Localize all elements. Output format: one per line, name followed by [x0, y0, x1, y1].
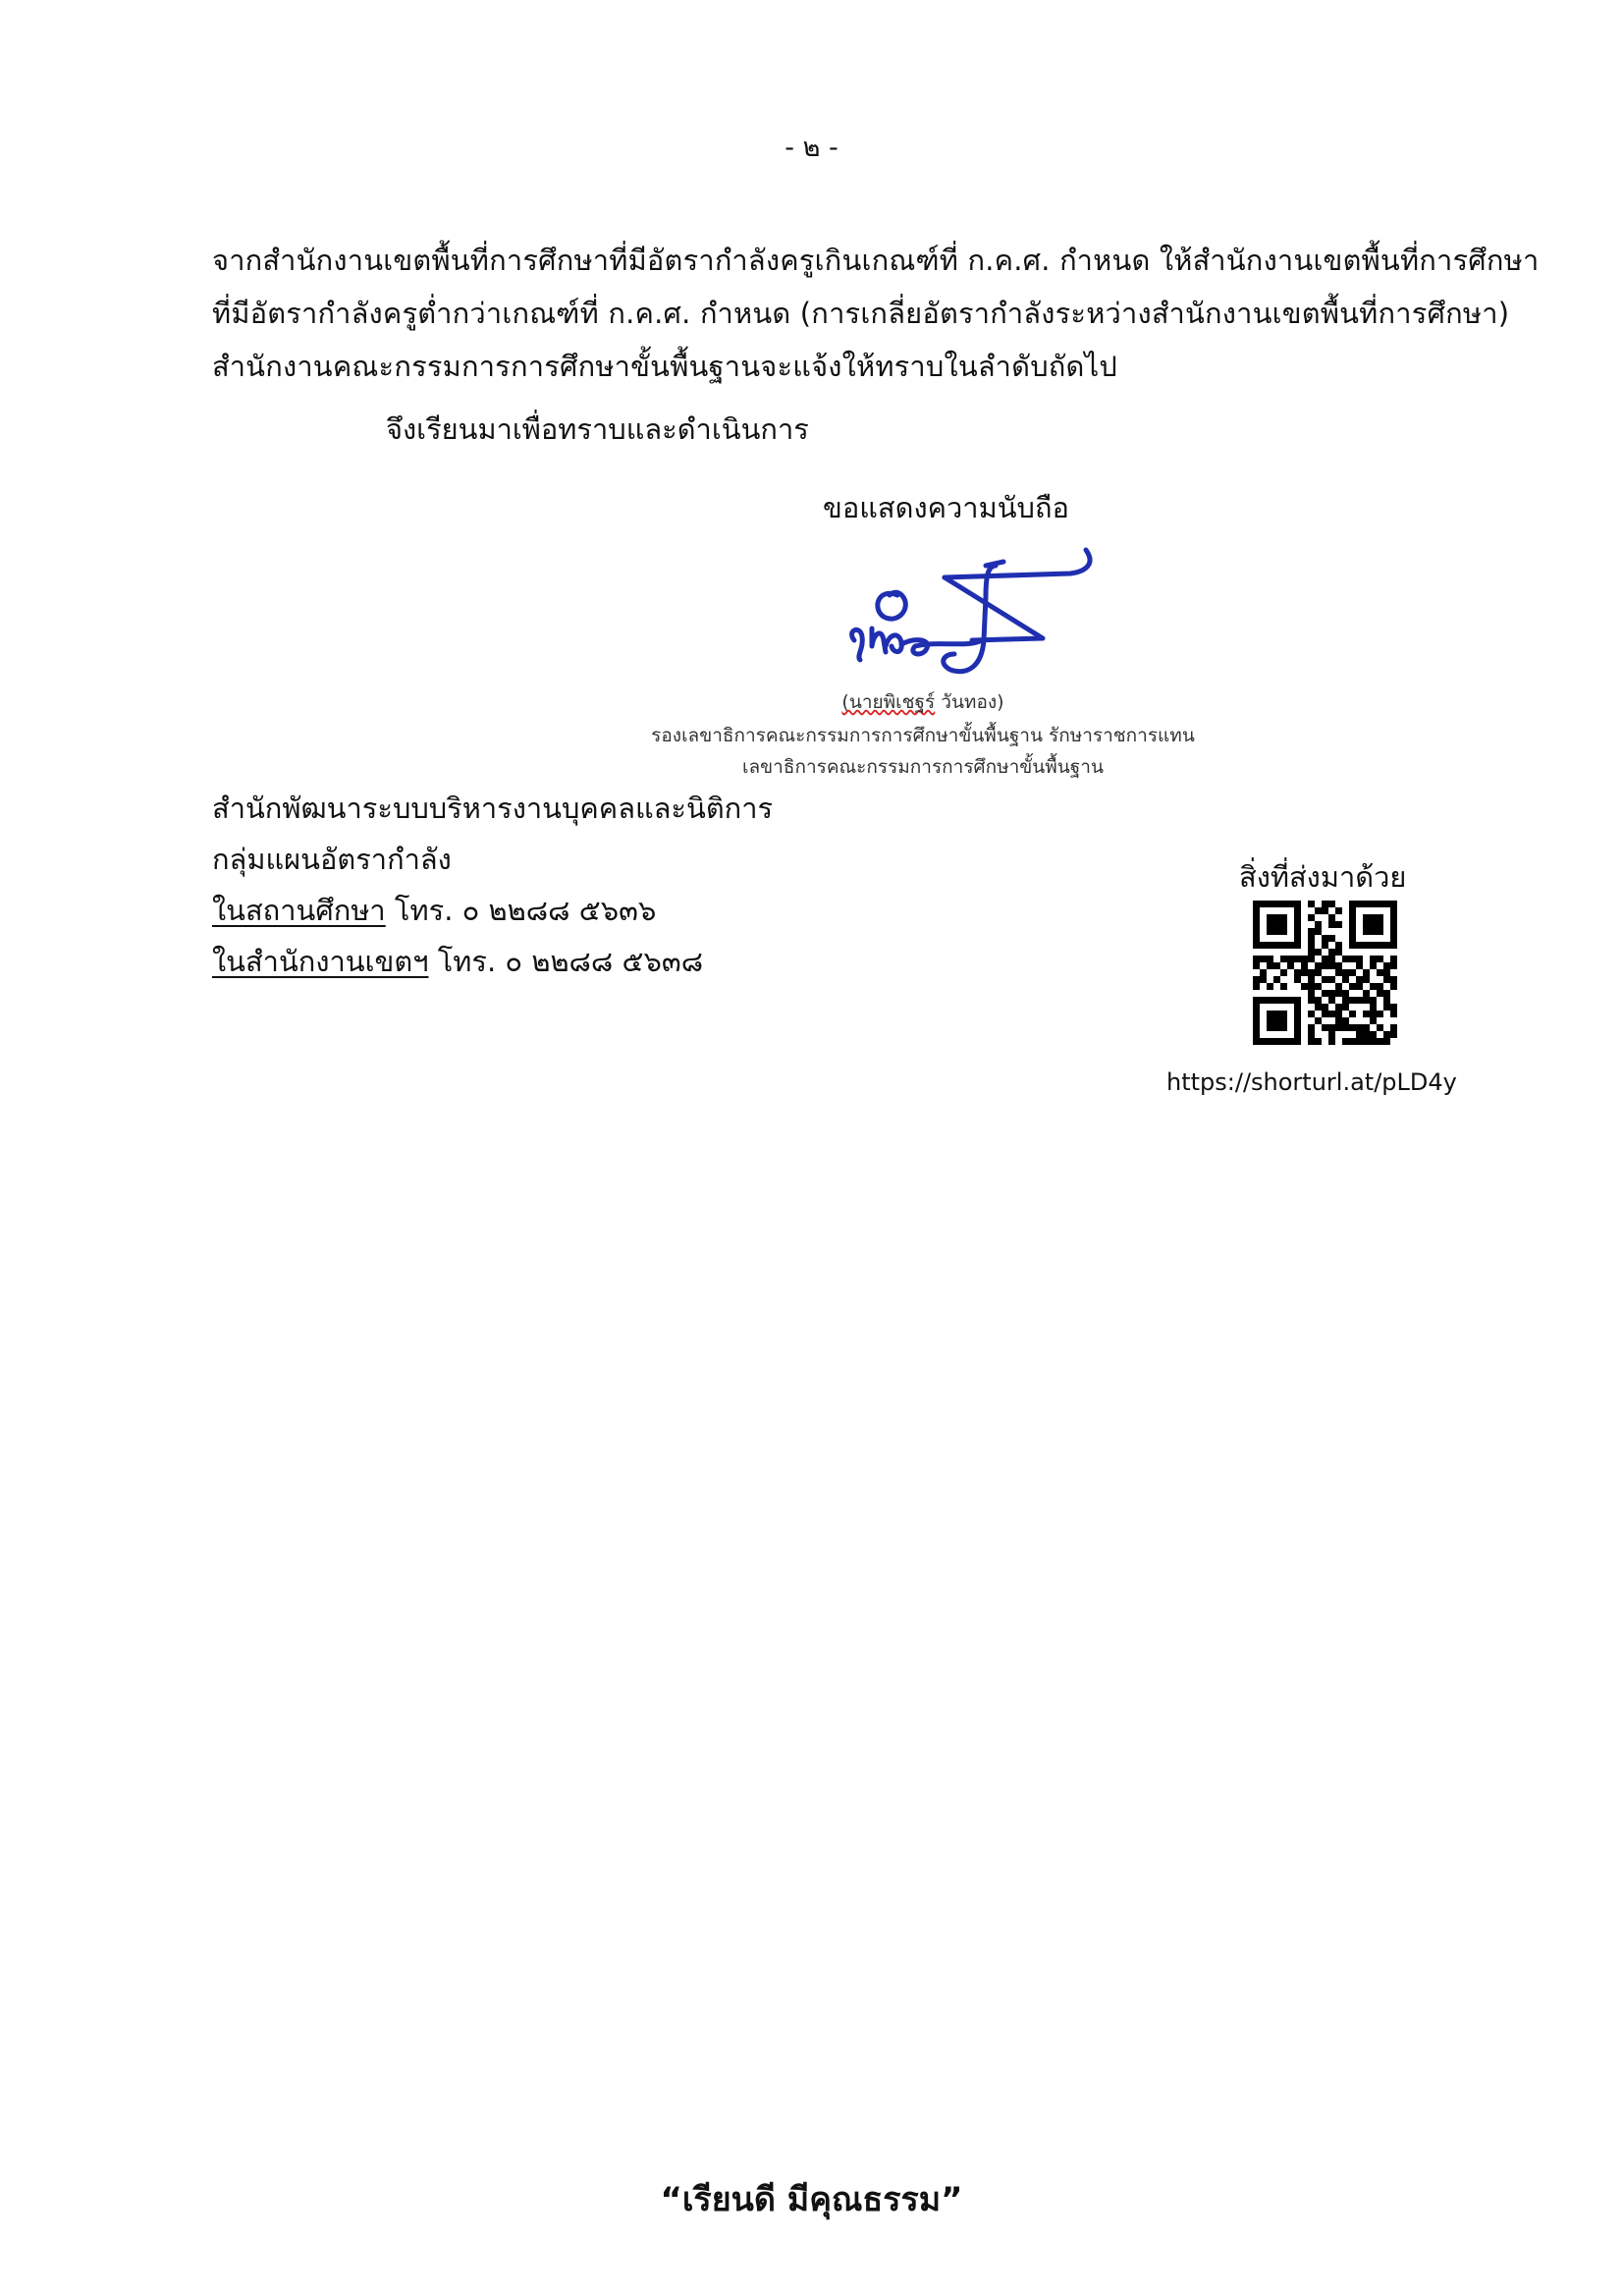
- qr-module: [1322, 921, 1328, 928]
- qr-module: [1342, 990, 1349, 997]
- qr-module: [1253, 901, 1260, 907]
- qr-module: [1301, 956, 1308, 962]
- qr-module: [1308, 962, 1315, 969]
- qr-module: [1383, 983, 1390, 990]
- qr-module: [1322, 990, 1328, 997]
- qr-module: [1294, 942, 1301, 949]
- qr-module: [1342, 935, 1349, 942]
- qr-module: [1253, 956, 1260, 962]
- qr-module: [1308, 956, 1315, 962]
- qr-code[interactable]: [1253, 901, 1397, 1045]
- qr-module: [1328, 942, 1335, 949]
- qr-module: [1308, 942, 1315, 949]
- qr-module: [1308, 983, 1315, 990]
- qr-module: [1377, 928, 1383, 935]
- qr-module: [1363, 976, 1370, 983]
- qr-module: [1273, 990, 1280, 997]
- qr-module: [1356, 901, 1363, 907]
- qr-module: [1301, 928, 1308, 935]
- qr-module: [1267, 983, 1273, 990]
- qr-module: [1383, 956, 1390, 962]
- qr-module: [1287, 1031, 1294, 1038]
- qr-module: [1377, 942, 1383, 949]
- qr-module: [1363, 907, 1370, 914]
- qr-module: [1322, 969, 1328, 976]
- qr-module: [1356, 1038, 1363, 1045]
- qr-module: [1253, 962, 1260, 969]
- qr-module: [1260, 901, 1267, 907]
- qr-module: [1260, 1011, 1267, 1017]
- qr-module: [1370, 1031, 1377, 1038]
- qr-module: [1390, 1038, 1397, 1045]
- qr-module: [1342, 901, 1349, 907]
- qr-module: [1267, 935, 1273, 942]
- qr-module: [1356, 1017, 1363, 1024]
- qr-module: [1377, 956, 1383, 962]
- signature-image: [821, 538, 1106, 681]
- qr-module: [1390, 935, 1397, 942]
- qr-module: [1383, 997, 1390, 1004]
- qr-module: [1287, 921, 1294, 928]
- qr-module: [1294, 914, 1301, 921]
- qr-module: [1349, 1017, 1356, 1024]
- qr-module: [1267, 1024, 1273, 1031]
- qr-module: [1267, 928, 1273, 935]
- qr-module: [1315, 983, 1322, 990]
- qr-module: [1363, 921, 1370, 928]
- qr-module: [1349, 907, 1356, 914]
- qr-module: [1349, 997, 1356, 1004]
- qr-module: [1273, 976, 1280, 983]
- qr-module: [1280, 921, 1287, 928]
- qr-module: [1287, 956, 1294, 962]
- qr-module: [1342, 1011, 1349, 1017]
- qr-module: [1356, 942, 1363, 949]
- qr-module: [1328, 976, 1335, 983]
- qr-module: [1335, 976, 1342, 983]
- qr-module: [1322, 914, 1328, 921]
- qr-module: [1356, 914, 1363, 921]
- qr-module: [1273, 921, 1280, 928]
- qr-module: [1363, 1004, 1370, 1011]
- qr-module: [1301, 907, 1308, 914]
- qr-module: [1308, 1024, 1315, 1031]
- qr-module: [1377, 935, 1383, 942]
- qr-module: [1280, 1038, 1287, 1045]
- qr-module: [1260, 976, 1267, 983]
- qr-module: [1335, 969, 1342, 976]
- qr-module: [1301, 997, 1308, 1004]
- qr-module: [1267, 949, 1273, 956]
- qr-module: [1383, 976, 1390, 983]
- qr-module: [1342, 921, 1349, 928]
- qr-module: [1356, 983, 1363, 990]
- signatory-name: (นายพิเชฐร์ วันทอง): [628, 687, 1217, 717]
- qr-module: [1260, 921, 1267, 928]
- contact-office: สำนักพัฒนาระบบบริหารงานบุคคลและนิติการ: [212, 786, 773, 831]
- qr-module: [1260, 1017, 1267, 1024]
- qr-module: [1383, 1017, 1390, 1024]
- qr-module: [1260, 914, 1267, 921]
- qr-module: [1260, 1004, 1267, 1011]
- qr-module: [1308, 921, 1315, 928]
- qr-module: [1315, 921, 1322, 928]
- qr-module: [1301, 1031, 1308, 1038]
- qr-module: [1294, 990, 1301, 997]
- qr-module: [1377, 1004, 1383, 1011]
- qr-module: [1370, 969, 1377, 976]
- qr-module: [1280, 907, 1287, 914]
- qr-module: [1335, 997, 1342, 1004]
- contact-phone-area-office: ในสำนักงานเขตฯ โทร. ๐ ๒๒๘๘ ๕๖๓๘: [212, 939, 703, 984]
- qr-module: [1349, 942, 1356, 949]
- qr-module: [1315, 962, 1322, 969]
- qr-module: [1287, 935, 1294, 942]
- qr-module: [1370, 928, 1377, 935]
- qr-module: [1390, 901, 1397, 907]
- qr-module: [1322, 997, 1328, 1004]
- qr-module: [1301, 990, 1308, 997]
- page-number: - ๒ -: [0, 126, 1623, 168]
- qr-module: [1377, 969, 1383, 976]
- qr-module: [1349, 1024, 1356, 1031]
- qr-module: [1322, 1024, 1328, 1031]
- qr-module: [1363, 914, 1370, 921]
- qr-module: [1363, 983, 1370, 990]
- qr-module: [1342, 997, 1349, 1004]
- qr-module: [1328, 907, 1335, 914]
- qr-module: [1294, 1031, 1301, 1038]
- qr-module: [1390, 962, 1397, 969]
- qr-module: [1342, 1004, 1349, 1011]
- qr-module: [1363, 997, 1370, 1004]
- qr-module: [1328, 914, 1335, 921]
- qr-module: [1328, 969, 1335, 976]
- qr-module: [1328, 1004, 1335, 1011]
- qr-module: [1370, 962, 1377, 969]
- qr-module: [1280, 901, 1287, 907]
- qr-module: [1273, 907, 1280, 914]
- qr-module: [1383, 914, 1390, 921]
- qr-module: [1356, 907, 1363, 914]
- qr-module: [1322, 907, 1328, 914]
- qr-module: [1370, 914, 1377, 921]
- qr-module: [1328, 1011, 1335, 1017]
- qr-module: [1287, 1017, 1294, 1024]
- qr-module: [1335, 914, 1342, 921]
- qr-module: [1287, 1011, 1294, 1017]
- qr-module: [1383, 962, 1390, 969]
- qr-module: [1301, 1024, 1308, 1031]
- qr-module: [1370, 1004, 1377, 1011]
- closing-line: จึงเรียนมาเพื่อทราบและดำเนินการ: [386, 407, 809, 452]
- qr-module: [1301, 1011, 1308, 1017]
- qr-module: [1363, 1011, 1370, 1017]
- qr-module: [1315, 935, 1322, 942]
- qr-module: [1349, 1038, 1356, 1045]
- qr-module: [1349, 1004, 1356, 1011]
- qr-module: [1383, 1011, 1390, 1017]
- qr-module: [1308, 907, 1315, 914]
- qr-module: [1356, 921, 1363, 928]
- qr-module: [1349, 1011, 1356, 1017]
- qr-module: [1273, 914, 1280, 921]
- qr-module: [1315, 1031, 1322, 1038]
- qr-module: [1335, 1017, 1342, 1024]
- qr-module: [1301, 1017, 1308, 1024]
- qr-module: [1356, 928, 1363, 935]
- qr-module: [1390, 990, 1397, 997]
- qr-module: [1356, 1024, 1363, 1031]
- qr-module: [1273, 956, 1280, 962]
- qr-module: [1273, 928, 1280, 935]
- qr-module: [1315, 907, 1322, 914]
- qr-module: [1356, 935, 1363, 942]
- qr-module: [1253, 914, 1260, 921]
- qr-module: [1267, 1011, 1273, 1017]
- qr-module: [1294, 1017, 1301, 1024]
- qr-module: [1328, 962, 1335, 969]
- qr-module: [1280, 914, 1287, 921]
- qr-module: [1322, 1017, 1328, 1024]
- qr-module: [1267, 969, 1273, 976]
- qr-module: [1260, 1024, 1267, 1031]
- qr-module: [1377, 901, 1383, 907]
- qr-module: [1322, 983, 1328, 990]
- qr-module: [1287, 1024, 1294, 1031]
- qr-module: [1370, 907, 1377, 914]
- qr-module: [1390, 1031, 1397, 1038]
- qr-module: [1322, 1038, 1328, 1045]
- qr-module: [1315, 976, 1322, 983]
- qr-module: [1280, 1011, 1287, 1017]
- qr-module: [1363, 928, 1370, 935]
- qr-module: [1328, 997, 1335, 1004]
- footer-motto: “เรียนดี มีคุณธรรม”: [0, 2172, 1623, 2225]
- qr-module: [1253, 1011, 1260, 1017]
- qr-module: [1308, 997, 1315, 1004]
- qr-module: [1253, 1017, 1260, 1024]
- qr-module: [1383, 1031, 1390, 1038]
- qr-module: [1315, 942, 1322, 949]
- qr-module: [1370, 1017, 1377, 1024]
- qr-module: [1253, 921, 1260, 928]
- qr-module: [1260, 962, 1267, 969]
- qr-module: [1308, 969, 1315, 976]
- qr-module: [1383, 1038, 1390, 1045]
- qr-module: [1390, 949, 1397, 956]
- qr-module: [1280, 949, 1287, 956]
- qr-module: [1328, 1024, 1335, 1031]
- qr-module: [1349, 921, 1356, 928]
- qr-module: [1315, 956, 1322, 962]
- qr-module: [1377, 976, 1383, 983]
- qr-module: [1342, 907, 1349, 914]
- qr-module: [1280, 935, 1287, 942]
- qr-module: [1349, 969, 1356, 976]
- qr-module: [1315, 914, 1322, 921]
- qr-module: [1328, 1017, 1335, 1024]
- qr-module: [1260, 969, 1267, 976]
- qr-module: [1377, 907, 1383, 914]
- qr-module: [1335, 1038, 1342, 1045]
- qr-module: [1377, 983, 1383, 990]
- qr-module: [1260, 907, 1267, 914]
- qr-module: [1342, 969, 1349, 976]
- qr-module: [1301, 1038, 1308, 1045]
- contact-phone-school: ในสถานศึกษา โทร. ๐ ๒๒๘๘ ๕๖๓๖: [212, 888, 656, 933]
- qr-module: [1356, 949, 1363, 956]
- qr-module: [1328, 983, 1335, 990]
- qr-module: [1328, 935, 1335, 942]
- qr-module: [1260, 956, 1267, 962]
- qr-module: [1356, 962, 1363, 969]
- qr-module: [1308, 901, 1315, 907]
- qr-module: [1287, 928, 1294, 935]
- qr-module: [1280, 928, 1287, 935]
- qr-module: [1390, 983, 1397, 990]
- qr-module: [1253, 942, 1260, 949]
- qr-module: [1287, 990, 1294, 997]
- qr-module: [1335, 956, 1342, 962]
- qr-module: [1315, 969, 1322, 976]
- qr-module: [1301, 942, 1308, 949]
- qr-module: [1273, 1038, 1280, 1045]
- qr-module: [1301, 1004, 1308, 1011]
- qr-module: [1383, 969, 1390, 976]
- qr-module: [1267, 1031, 1273, 1038]
- qr-module: [1370, 1024, 1377, 1031]
- qr-module: [1315, 1024, 1322, 1031]
- qr-module: [1260, 990, 1267, 997]
- qr-module: [1383, 990, 1390, 997]
- qr-module: [1363, 949, 1370, 956]
- qr-module: [1253, 1024, 1260, 1031]
- qr-module: [1328, 928, 1335, 935]
- qr-module: [1356, 997, 1363, 1004]
- qr-module: [1273, 949, 1280, 956]
- qr-module: [1342, 962, 1349, 969]
- qr-module: [1377, 990, 1383, 997]
- qr-module: [1335, 1011, 1342, 1017]
- qr-module: [1390, 914, 1397, 921]
- qr-module: [1383, 907, 1390, 914]
- qr-module: [1287, 983, 1294, 990]
- qr-module: [1280, 956, 1287, 962]
- qr-module: [1301, 921, 1308, 928]
- qr-module: [1315, 990, 1322, 997]
- contact-phone-label: ในสถานศึกษา: [212, 894, 386, 927]
- qr-module: [1315, 1004, 1322, 1011]
- qr-module: [1315, 901, 1322, 907]
- qr-module: [1349, 1031, 1356, 1038]
- qr-module: [1342, 1017, 1349, 1024]
- qr-module: [1390, 997, 1397, 1004]
- qr-module: [1315, 997, 1322, 1004]
- qr-module: [1342, 914, 1349, 921]
- qr-module: [1301, 949, 1308, 956]
- qr-module: [1308, 949, 1315, 956]
- contact-phone-number: โทร. ๐ ๒๒๘๘ ๕๖๓๖: [386, 894, 657, 927]
- qr-module: [1253, 976, 1260, 983]
- qr-module: [1377, 914, 1383, 921]
- qr-module: [1390, 942, 1397, 949]
- qr-module: [1260, 935, 1267, 942]
- qr-module: [1301, 901, 1308, 907]
- qr-module: [1383, 1024, 1390, 1031]
- qr-module: [1280, 962, 1287, 969]
- qr-module: [1287, 901, 1294, 907]
- qr-module: [1294, 928, 1301, 935]
- qr-module: [1308, 1038, 1315, 1045]
- qr-module: [1349, 962, 1356, 969]
- qr-module: [1322, 949, 1328, 956]
- qr-module: [1294, 921, 1301, 928]
- qr-module: [1308, 928, 1315, 935]
- qr-module: [1349, 935, 1356, 942]
- qr-module: [1287, 942, 1294, 949]
- qr-module: [1342, 956, 1349, 962]
- qr-module: [1356, 976, 1363, 983]
- qr-module: [1349, 956, 1356, 962]
- qr-module: [1308, 1017, 1315, 1024]
- qr-module: [1315, 949, 1322, 956]
- qr-module: [1287, 997, 1294, 1004]
- qr-module: [1328, 956, 1335, 962]
- qr-module: [1370, 990, 1377, 997]
- qr-module: [1390, 1017, 1397, 1024]
- qr-module: [1356, 1031, 1363, 1038]
- qr-module: [1273, 901, 1280, 907]
- qr-module: [1349, 976, 1356, 983]
- qr-module: [1322, 1004, 1328, 1011]
- qr-module: [1342, 949, 1349, 956]
- qr-module: [1363, 942, 1370, 949]
- qr-module: [1377, 962, 1383, 969]
- qr-module: [1322, 956, 1328, 962]
- qr-module: [1335, 949, 1342, 956]
- qr-module: [1328, 921, 1335, 928]
- qr-module: [1335, 901, 1342, 907]
- qr-module: [1322, 901, 1328, 907]
- qr-module: [1370, 935, 1377, 942]
- enclosure-url[interactable]: https://shorturl.at/pLD4y: [1166, 1068, 1457, 1096]
- qr-module: [1260, 949, 1267, 956]
- qr-module: [1267, 1004, 1273, 1011]
- qr-module: [1342, 942, 1349, 949]
- qr-module: [1308, 976, 1315, 983]
- qr-module: [1335, 935, 1342, 942]
- qr-module: [1322, 1011, 1328, 1017]
- qr-module: [1294, 949, 1301, 956]
- qr-module: [1287, 914, 1294, 921]
- qr-module: [1328, 901, 1335, 907]
- qr-module: [1370, 997, 1377, 1004]
- qr-module: [1322, 962, 1328, 969]
- qr-module: [1363, 1017, 1370, 1024]
- qr-module: [1363, 935, 1370, 942]
- qr-module: [1315, 1038, 1322, 1045]
- qr-module: [1383, 935, 1390, 942]
- qr-module: [1287, 1004, 1294, 1011]
- qr-module: [1294, 935, 1301, 942]
- qr-module: [1342, 1038, 1349, 1045]
- qr-module: [1328, 949, 1335, 956]
- qr-module: [1377, 1038, 1383, 1045]
- qr-module: [1370, 1011, 1377, 1017]
- qr-module: [1253, 969, 1260, 976]
- qr-module: [1356, 990, 1363, 997]
